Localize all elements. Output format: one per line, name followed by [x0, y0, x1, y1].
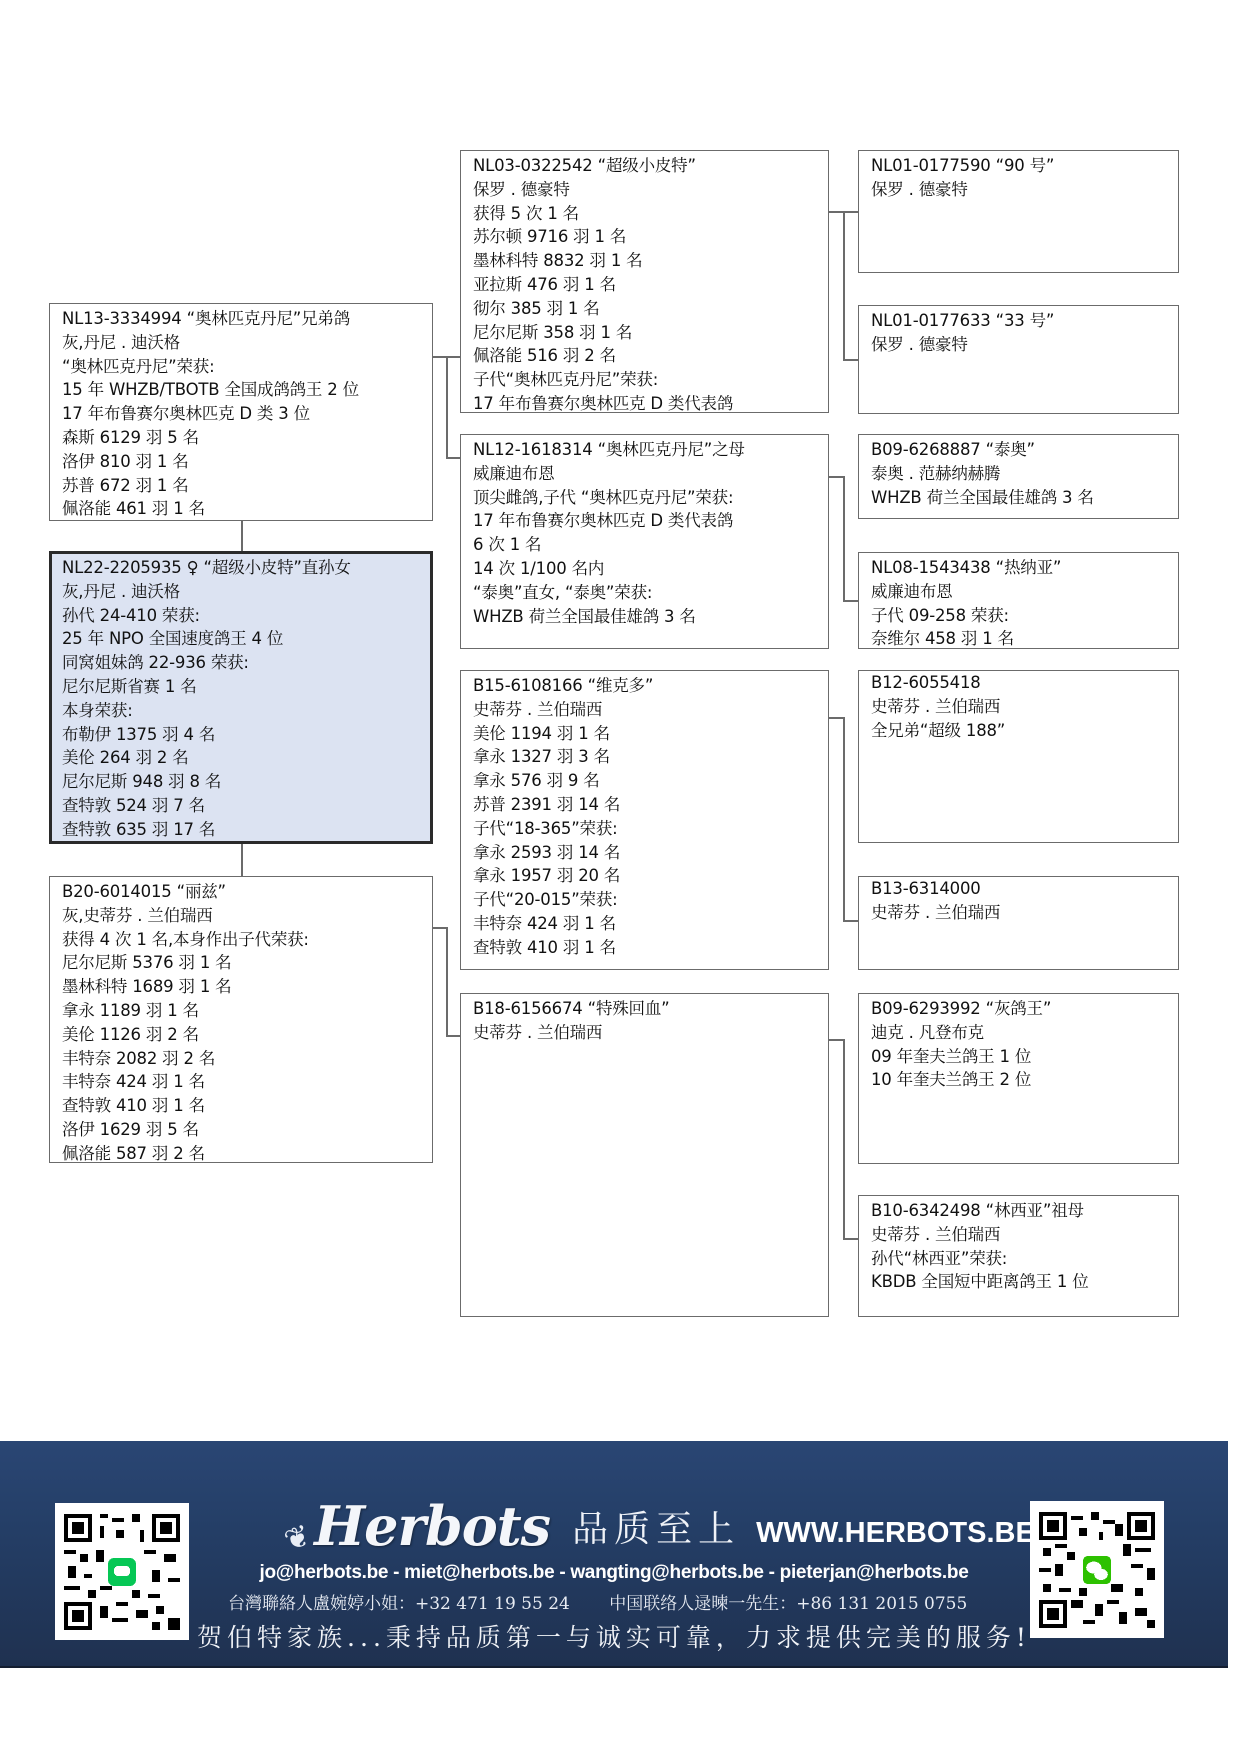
card-line: 拿永 1327 羽 3 名 [473, 745, 828, 769]
subject-line: 25 年 NPO 全国速度鸽王 4 位 [62, 627, 430, 651]
sire-line: 佩洛能 461 羽 1 名 [62, 497, 432, 521]
card-line: WHZB 荷兰全国最佳雄鸽 3 名 [473, 605, 828, 629]
connector-line [843, 211, 858, 213]
connector-line [446, 356, 448, 457]
card-line: 亚拉斯 476 羽 1 名 [473, 273, 828, 297]
feather-icon: ❦ [280, 1518, 316, 1559]
subject-card: NL22-2205935 ♀ “超级小皮特”直孙女 灰,丹尼 . 迪沃格 孙代 … [49, 551, 433, 844]
connector-line [843, 600, 858, 602]
card-line: 威廉迪布恩 [473, 462, 828, 486]
connector-line [446, 927, 448, 1036]
card-line: “泰奥”直女, “泰奥”荣获: [473, 581, 828, 605]
card-line: B15-6108166 “维克多” [473, 674, 828, 698]
card-line: 6 次 1 名 [473, 533, 828, 557]
dam-line: 灰,史蒂芬 . 兰伯瑞西 [62, 904, 432, 928]
wechat-qr-code[interactable] [1030, 1501, 1164, 1638]
qr-code-icon [1039, 1512, 1155, 1628]
dam-line: 获得 4 次 1 名,本身作出子代荣获: [62, 928, 432, 952]
connector-line [829, 1039, 843, 1041]
card-line: 孙代“林西亚”荣获: [871, 1247, 1178, 1271]
card-line: 14 次 1/100 名内 [473, 557, 828, 581]
card-line: 拿永 576 羽 9 名 [473, 769, 828, 793]
card-line: 史蒂芬 . 兰伯瑞西 [871, 901, 1178, 925]
card-line: 彻尔 385 羽 1 名 [473, 297, 828, 321]
grandsire-maternal-card: B15-6108166 “维克多” 史蒂芬 . 兰伯瑞西 美伦 1194 羽 1… [460, 670, 829, 970]
sire-line: 洛伊 810 羽 1 名 [62, 450, 432, 474]
card-line: 拿永 2593 羽 14 名 [473, 841, 828, 865]
sire-card: NL13-3334994 “奥林匹克丹尼”兄弟鸽 灰,丹尼 . 迪沃格 “奥林匹… [49, 303, 433, 521]
card-line: 子代“奥林匹克丹尼”荣获: [473, 368, 828, 392]
connector-line [446, 457, 460, 459]
card-line: 佩洛能 516 羽 2 名 [473, 344, 828, 368]
great-grandparent-card-7: B09-6293992 “灰鸽王” 迪克 . 凡登布克 09 年奎夫兰鸽王 1 … [858, 993, 1179, 1164]
great-grandparent-card-8: B10-6342498 “林西亚”祖母 史蒂芬 . 兰伯瑞西 孙代“林西亚”荣获… [858, 1195, 1179, 1317]
subject-line: NL22-2205935 ♀ “超级小皮特”直孙女 [62, 556, 430, 580]
connector-line [433, 356, 447, 358]
brand-logo: Herbots [314, 1496, 550, 1556]
subject-line: 尼尔尼斯省赛 1 名 [62, 675, 430, 699]
card-line: B18-6156674 “特殊回血” [473, 997, 828, 1021]
granddam-maternal-card: B18-6156674 “特殊回血” 史蒂芬 . 兰伯瑞西 [460, 993, 829, 1317]
card-line: 保罗 . 德豪特 [871, 333, 1178, 357]
dam-line: 佩洛能 587 羽 2 名 [62, 1142, 432, 1163]
connector-line [829, 717, 843, 719]
dam-card: B20-6014015 “丽兹” 灰,史蒂芬 . 兰伯瑞西 获得 4 次 1 名… [49, 876, 433, 1163]
brand-slogan: 品质至上 [572, 1501, 740, 1552]
sire-line: “奥林匹克丹尼”荣获: [62, 355, 432, 379]
connector-line [843, 717, 845, 921]
great-grandparent-card-4: NL08-1543438 “热纳亚” 威廉迪布恩 子代 09-258 荣获: 奈… [858, 552, 1179, 649]
card-line: B09-6293992 “灰鸽王” [871, 997, 1178, 1021]
great-grandparent-card-6: B13-6314000 史蒂芬 . 兰伯瑞西 [858, 876, 1179, 970]
subject-line: 尼尔尼斯 948 羽 8 名 [62, 770, 430, 794]
card-line: 奈维尔 458 羽 1 名 [871, 627, 1178, 649]
dam-line: B20-6014015 “丽兹” [62, 880, 432, 904]
subject-line: 灰,丹尼 . 迪沃格 [62, 580, 430, 604]
card-line: 09 年奎夫兰鸽王 1 位 [871, 1045, 1178, 1069]
granddam-paternal-card: NL12-1618314 “奥林匹克丹尼”之母 威廉迪布恩 顶尖雌鸽,子代 “奥… [460, 434, 829, 649]
card-line: 迪克 . 凡登布克 [871, 1021, 1178, 1045]
dam-line: 丰特奈 424 羽 1 名 [62, 1070, 432, 1094]
card-line: 威廉迪布恩 [871, 580, 1178, 604]
card-line: 保罗 . 德豪特 [871, 178, 1178, 202]
card-line: 拿永 1957 羽 20 名 [473, 864, 828, 888]
card-line: 尼尔尼斯 358 羽 1 名 [473, 321, 828, 345]
card-line: 泰奥 . 范赫纳赫腾 [871, 462, 1178, 486]
dam-line: 拿永 1189 羽 1 名 [62, 999, 432, 1023]
dam-line: 丰特奈 2082 羽 2 名 [62, 1047, 432, 1071]
card-line: 子代“18-365”荣获: [473, 817, 828, 841]
dam-line: 尼尔尼斯 5376 羽 1 名 [62, 951, 432, 975]
card-line: 史蒂芬 . 兰伯瑞西 [473, 698, 828, 722]
sire-line: NL13-3334994 “奥林匹克丹尼”兄弟鸽 [62, 307, 432, 331]
subject-line: 本身荣获: [62, 699, 430, 723]
card-line: 史蒂芬 . 兰伯瑞西 [871, 695, 1178, 719]
card-line: 10 年奎夫兰鸽王 2 位 [871, 1068, 1178, 1092]
contact-china: 中国联络人逯暕一先生：+86 131 2015 0755 [609, 1594, 967, 1614]
card-line: 保罗 . 德豪特 [473, 178, 828, 202]
subject-line: 查特敦 524 羽 7 名 [62, 794, 430, 818]
card-line: B09-6268887 “泰奥” [871, 438, 1178, 462]
dam-line: 墨林科特 1689 羽 1 名 [62, 975, 432, 999]
great-grandparent-card-1: NL01-0177590 “90 号” 保罗 . 德豪特 [858, 150, 1179, 273]
sire-line: 17 年布鲁赛尔奥林匹克 D 类 3 位 [62, 402, 432, 426]
card-line: 获得 5 次 1 名 [473, 202, 828, 226]
connector-line [843, 476, 845, 601]
card-line: 子代“20-015”荣获: [473, 888, 828, 912]
connector-line [446, 1035, 460, 1037]
subject-line: 布勒伊 1375 羽 4 名 [62, 723, 430, 747]
card-line: 17 年布鲁赛尔奥林匹克 D 类代表鸽 [473, 392, 828, 413]
card-line: 苏普 2391 羽 14 名 [473, 793, 828, 817]
footer-banner: ❦ Herbots 品质至上 WWW.HERBOTS.BE jo@herbots… [0, 1441, 1228, 1668]
sire-line: 森斯 6129 羽 5 名 [62, 426, 432, 450]
card-line: 史蒂芬 . 兰伯瑞西 [473, 1021, 828, 1045]
card-line: 子代 09-258 荣获: [871, 604, 1178, 628]
website-link[interactable]: WWW.HERBOTS.BE [756, 1517, 1035, 1550]
card-line: NL08-1543438 “热纳亚” [871, 556, 1178, 580]
dam-line: 美伦 1126 羽 2 名 [62, 1023, 432, 1047]
connector-line [843, 211, 845, 360]
sire-line: 灰,丹尼 . 迪沃格 [62, 331, 432, 355]
subject-line: 同窝姐妹鸽 22-936 荣获: [62, 651, 430, 675]
card-line: 丰特奈 424 羽 1 名 [473, 912, 828, 936]
card-line: B12-6055418 [871, 671, 1178, 695]
card-line: NL12-1618314 “奥林匹克丹尼”之母 [473, 438, 828, 462]
card-line: 顶尖雌鸽,子代 “奥林匹克丹尼”荣获: [473, 486, 828, 510]
connector-line [829, 476, 843, 478]
great-grandparent-card-2: NL01-0177633 “33 号” 保罗 . 德豪特 [858, 305, 1179, 414]
connector-line [843, 1039, 845, 1239]
subject-line: 查特敦 635 羽 17 名 [62, 818, 430, 842]
dam-line: 洛伊 1629 羽 5 名 [62, 1118, 432, 1142]
card-line: 墨林科特 8832 羽 1 名 [473, 249, 828, 273]
grandsire-paternal-card: NL03-0322542 “超级小皮特” 保罗 . 德豪特 获得 5 次 1 名… [460, 150, 829, 413]
connector-line [446, 356, 460, 358]
connector-line [433, 927, 447, 929]
connector-line [829, 211, 843, 213]
connector-line [843, 920, 858, 922]
card-line: 史蒂芬 . 兰伯瑞西 [871, 1223, 1178, 1247]
card-line: 苏尔顿 9716 羽 1 名 [473, 225, 828, 249]
card-line: 查特敦 410 羽 1 名 [473, 936, 828, 960]
connector-line [241, 844, 243, 876]
contact-taiwan: 台灣聯絡人盧婉婷小姐：+32 471 19 55 24 [228, 1594, 570, 1614]
sire-line: 苏普 672 羽 1 名 [62, 474, 432, 498]
connector-line [843, 1238, 858, 1240]
card-line: 美伦 1194 羽 1 名 [473, 722, 828, 746]
great-grandparent-card-5: B12-6055418 史蒂芬 . 兰伯瑞西 全兄弟“超级 188” [858, 670, 1179, 843]
dam-line: 查特敦 410 羽 1 名 [62, 1094, 432, 1118]
card-line: 全兄弟“超级 188” [871, 719, 1178, 743]
card-line: NL03-0322542 “超级小皮特” [473, 154, 828, 178]
subject-line: 美伦 264 羽 2 名 [62, 746, 430, 770]
card-line: NL01-0177633 “33 号” [871, 309, 1178, 333]
card-line: B13-6314000 [871, 877, 1178, 901]
contact-phones: 台灣聯絡人盧婉婷小姐：+32 471 19 55 24 中国联络人逯暕一先生：+… [228, 1589, 1001, 1614]
card-line: 17 年布鲁赛尔奥林匹克 D 类代表鸽 [473, 509, 828, 533]
subject-line: 孙代 24-410 荣获: [62, 604, 430, 628]
card-line: NL01-0177590 “90 号” [871, 154, 1178, 178]
card-line: WHZB 荷兰全国最佳雄鸽 3 名 [871, 486, 1178, 510]
card-line: KBDB 全国短中距离鸽王 1 位 [871, 1270, 1178, 1294]
sire-line: 15 年 WHZB/TBOTB 全国成鸽鸽王 2 位 [62, 378, 432, 402]
great-grandparent-card-3: B09-6268887 “泰奥” 泰奥 . 范赫纳赫腾 WHZB 荷兰全国最佳雄… [858, 434, 1179, 519]
connector-line [241, 521, 243, 551]
card-line: B10-6342498 “林西亚”祖母 [871, 1199, 1178, 1223]
connector-line [843, 359, 858, 361]
brand-row: ❦ Herbots 品质至上 WWW.HERBOTS.BE [285, 1486, 1035, 1556]
